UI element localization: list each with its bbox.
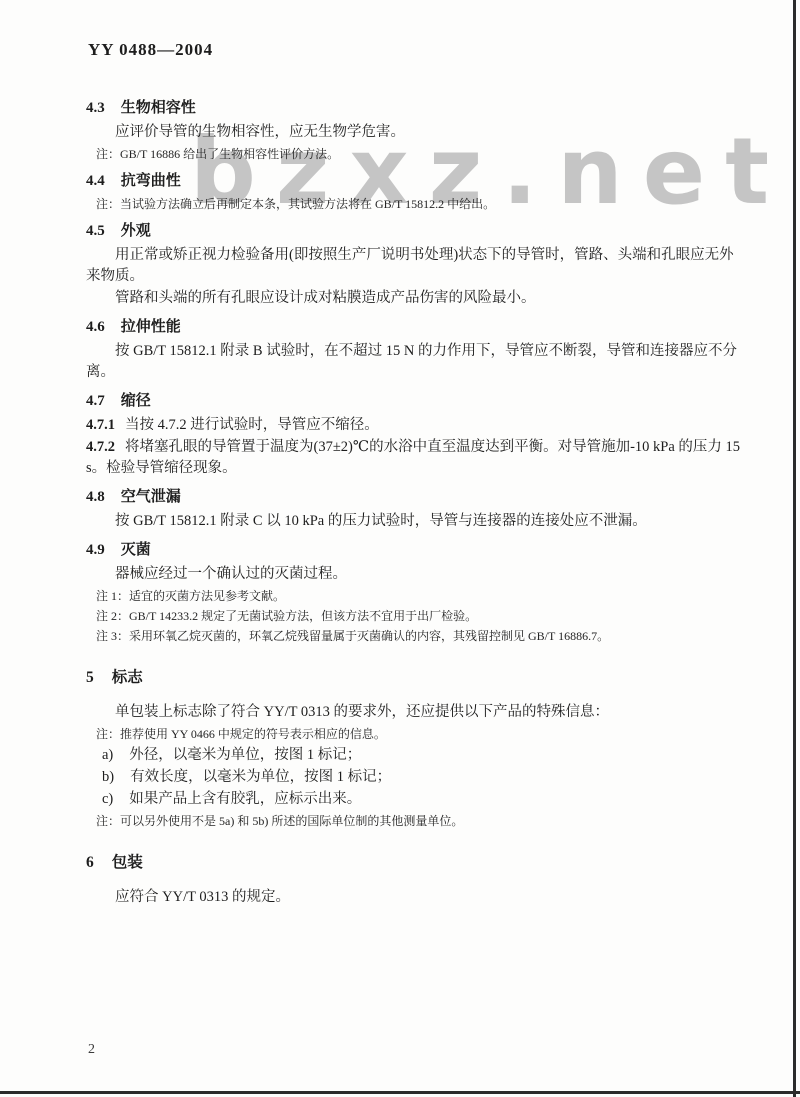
block-text: 单包装上标志除了符合 YY/T 0313 的要求外，还应提供以下产品的特殊信息： [115, 704, 609, 720]
paragraph: 按 GB/T 15812.1 附录 C 以 10 kPa 的压力试验时，导管与连… [86, 511, 744, 532]
block-text: 生物相容性 [121, 100, 196, 116]
block-text: 如果产品上含有胶乳，应标示出来。 [129, 791, 361, 807]
block-text: 用正常或矫正视力检验备用(即按照生产厂说明书处理)状态下的导管时，管路、头端和孔… [86, 247, 734, 284]
note: 注 3：采用环氧乙烷灭菌的，环氧乙烷残留量属于灭菌确认的内容，其残留控制见 GB… [96, 627, 744, 645]
block-number: 4.5 [86, 223, 105, 239]
section-heading: 4.8空气泄漏 [86, 487, 744, 508]
document-content: 4.3生物相容性应评价导管的生物相容性，应无生物学危害。注：GB/T 16886… [86, 90, 744, 909]
block-text: 注 3：采用环氧乙烷灭菌的，环氧乙烷残留量属于灭菌确认的内容，其残留控制见 GB… [96, 629, 609, 643]
block-text: 注 1：适宜的灭菌方法见参考文献。 [96, 589, 285, 603]
block-number: 4.8 [86, 489, 105, 505]
paragraph: 器械应经过一个确认过的灭菌过程。 [86, 564, 744, 585]
block-number: 4.6 [86, 319, 105, 335]
page-number: 2 [88, 1042, 95, 1058]
block-text: 注 2：GB/T 14233.2 规定了无菌试验方法，但该方法不宜用于出厂检验。 [96, 609, 477, 623]
note: 注 2：GB/T 14233.2 规定了无菌试验方法，但该方法不宜用于出厂检验。 [96, 607, 744, 625]
block-number: b) [102, 769, 114, 785]
clause: 4.7.1当按 4.7.2 进行试验时，导管应不缩径。 [86, 415, 744, 436]
note: 注 1：适宜的灭菌方法见参考文献。 [96, 587, 744, 605]
block-text: 拉伸性能 [121, 319, 181, 335]
chapter-heading: 5标志 [86, 667, 744, 688]
block-text: 灭菌 [121, 542, 151, 558]
paragraph: 管路和头端的所有孔眼应设计成对粘膜造成产品伤害的风险最小。 [86, 288, 744, 309]
block-text: 空气泄漏 [121, 489, 181, 505]
list-item: a)外径，以毫米为单位，按图 1 标记； [102, 745, 744, 766]
block-text: 注：当试验方法确立后再制定本条，其试验方法将在 GB/T 15812.2 中给出… [96, 197, 495, 211]
paragraph: 按 GB/T 15812.1 附录 B 试验时，在不超过 15 N 的力作用下，… [86, 341, 744, 383]
block-number: 4.7.2 [86, 439, 115, 455]
block-number: 4.4 [86, 173, 105, 189]
block-text: 注：GB/T 16886 给出了生物相容性评价方法。 [96, 147, 339, 161]
block-text: 外观 [121, 223, 151, 239]
scan-edge-bottom [0, 1091, 800, 1094]
section-heading: 4.3生物相容性 [86, 98, 744, 119]
chapter-heading: 6包装 [86, 852, 744, 873]
block-text: 包装 [112, 854, 143, 871]
block-number: 4.9 [86, 542, 105, 558]
standard-number: YY 0488—2004 [88, 40, 213, 60]
block-text: 应符合 YY/T 0313 的规定。 [115, 889, 290, 905]
list-item: c)如果产品上含有胶乳，应标示出来。 [102, 789, 744, 810]
block-text: 标志 [112, 669, 143, 686]
block-text: 器械应经过一个确认过的灭菌过程。 [115, 566, 347, 582]
scan-edge-right [793, 0, 796, 1097]
block-text: 缩径 [121, 393, 151, 409]
block-text: 外径，以毫米为单位，按图 1 标记； [129, 747, 361, 763]
block-number: 6 [86, 854, 94, 871]
section-heading: 4.7缩径 [86, 391, 744, 412]
block-text: 注：可以另外使用不是 5a) 和 5b) 所述的国际单位制的其他测量单位。 [96, 814, 463, 828]
block-text: 应评价导管的生物相容性，应无生物学危害。 [115, 124, 405, 140]
block-text: 将堵塞孔眼的导管置于温度为(37±2)℃的水浴中直至温度达到平衡。对导管施加-1… [86, 439, 740, 476]
block-text: 按 GB/T 15812.1 附录 B 试验时，在不超过 15 N 的力作用下，… [86, 343, 737, 380]
block-number: 4.7 [86, 393, 105, 409]
block-text: 抗弯曲性 [121, 173, 181, 189]
note: 注：可以另外使用不是 5a) 和 5b) 所述的国际单位制的其他测量单位。 [96, 812, 744, 830]
block-number: a) [102, 747, 113, 763]
paragraph: 单包装上标志除了符合 YY/T 0313 的要求外，还应提供以下产品的特殊信息： [86, 702, 744, 723]
block-text: 注：推荐使用 YY 0466 中规定的符号表示相应的信息。 [96, 727, 386, 741]
paragraph: 用正常或矫正视力检验备用(即按照生产厂说明书处理)状态下的导管时，管路、头端和孔… [86, 245, 744, 287]
clause: 4.7.2将堵塞孔眼的导管置于温度为(37±2)℃的水浴中直至温度达到平衡。对导… [86, 437, 744, 479]
scanned-page: bzxz.net YY 0488—2004 4.3生物相容性应评价导管的生物相容… [0, 0, 800, 1097]
block-number: 5 [86, 669, 94, 686]
block-text: 有效长度，以毫米为单位，按图 1 标记； [130, 769, 391, 785]
note: 注：当试验方法确立后再制定本条，其试验方法将在 GB/T 15812.2 中给出… [96, 195, 744, 213]
block-text: 当按 4.7.2 进行试验时，导管应不缩径。 [125, 417, 379, 433]
block-text: 管路和头端的所有孔眼应设计成对粘膜造成产品伤害的风险最小。 [115, 290, 536, 306]
paragraph: 应评价导管的生物相容性，应无生物学危害。 [86, 122, 744, 143]
section-heading: 4.6拉伸性能 [86, 317, 744, 338]
note: 注：推荐使用 YY 0466 中规定的符号表示相应的信息。 [96, 725, 744, 743]
paragraph: 应符合 YY/T 0313 的规定。 [86, 887, 744, 908]
block-number: c) [102, 791, 113, 807]
block-number: 4.7.1 [86, 417, 115, 433]
section-heading: 4.9灭菌 [86, 540, 744, 561]
section-heading: 4.5外观 [86, 221, 744, 242]
note: 注：GB/T 16886 给出了生物相容性评价方法。 [96, 145, 744, 163]
list-item: b)有效长度，以毫米为单位，按图 1 标记； [102, 767, 744, 788]
block-number: 4.3 [86, 100, 105, 116]
block-text: 按 GB/T 15812.1 附录 C 以 10 kPa 的压力试验时，导管与连… [115, 513, 647, 529]
section-heading: 4.4抗弯曲性 [86, 171, 744, 192]
